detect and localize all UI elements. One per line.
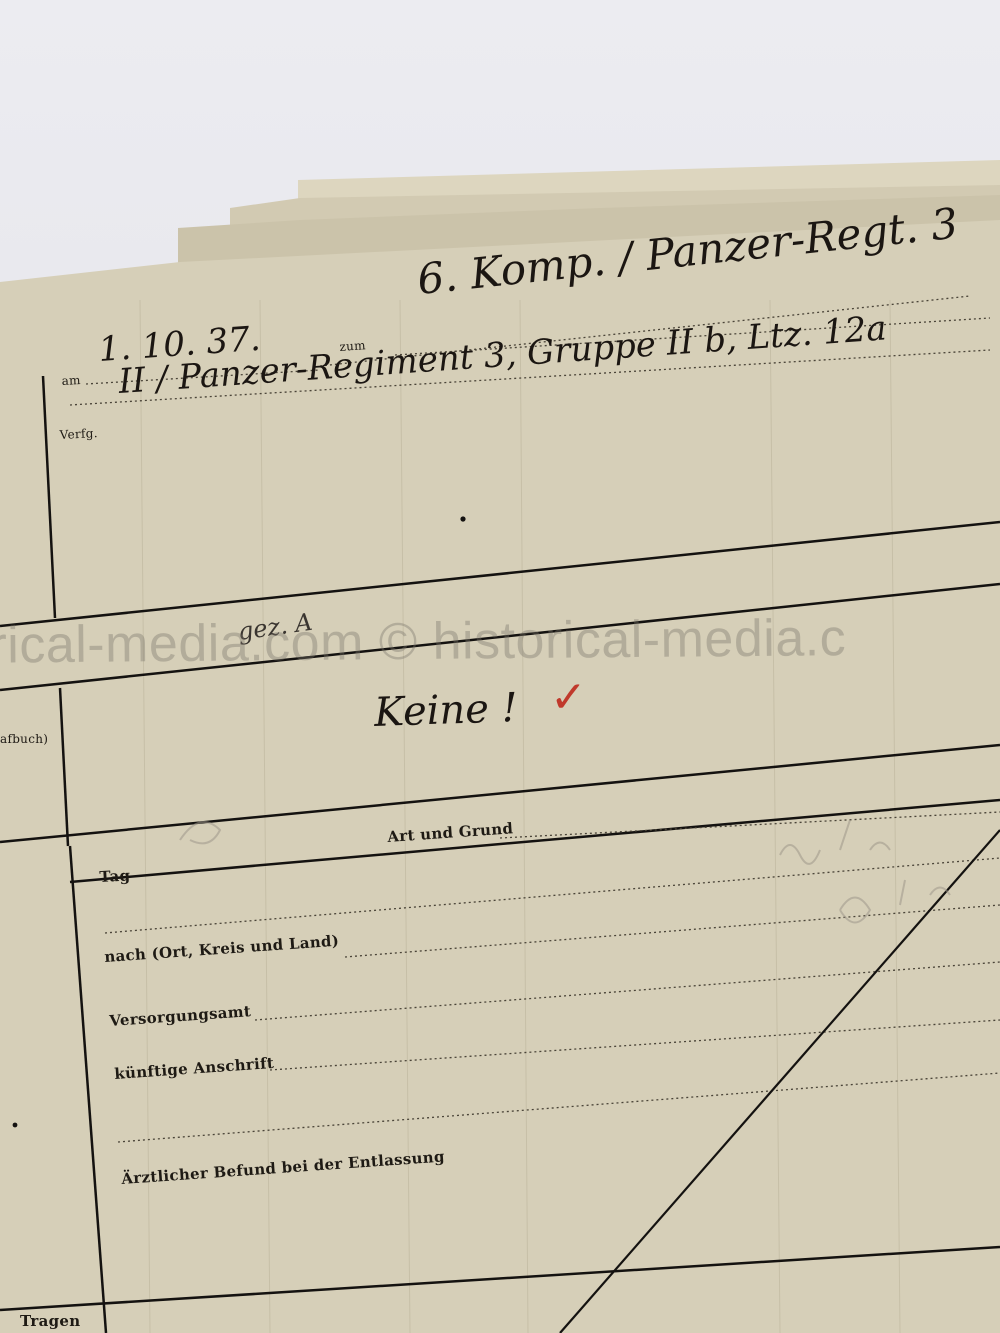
red-check-mark: ✓ (550, 672, 587, 723)
ink-dot (13, 1123, 18, 1128)
label-tag: Tag (99, 866, 131, 886)
watermark: orical-media.com © historical-media.c (0, 608, 846, 676)
label-verfg: Verfg. (59, 426, 98, 442)
label-tragen-fragment: Tragen (20, 1312, 80, 1330)
ink-dot (460, 516, 465, 521)
handwritten-keine: Keine ! (373, 685, 518, 736)
label-strafbuch-fragment: afbuch) (0, 732, 48, 746)
label-am: am (61, 373, 81, 388)
